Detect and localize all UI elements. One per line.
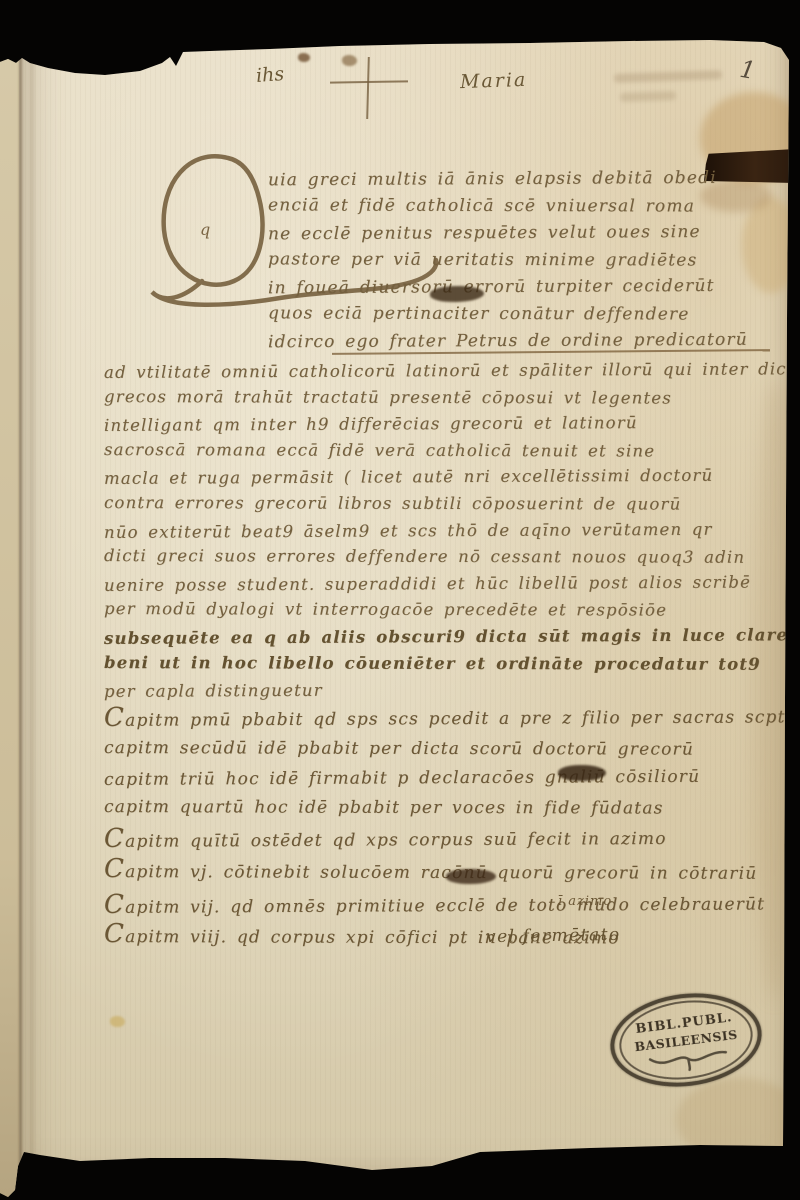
folio-number: 1 [738, 55, 758, 85]
manuscript-line: dicti greci suos errores deffendere nō c… [104, 543, 800, 571]
capitulum-line: capitm triū hoc idē firmabit p declaracō… [104, 762, 800, 795]
manuscript-line: per modū dyalogi vt interrogacōe precedē… [104, 596, 800, 624]
library-stamp: BIBL.PUBL. BASILEENSIS [605, 985, 767, 1095]
capitula-list: Capitm pmū pbabit qd sps scs pcedit a pr… [104, 702, 800, 954]
guide-letter: q [200, 220, 210, 239]
interlinear-correction: ī azimo [558, 894, 612, 909]
manuscript-line: intelligant qm inter h9 differēcias grec… [104, 409, 800, 439]
capitulum-line: Capitm quītū ostēdet qd xps corpus suū f… [104, 821, 800, 857]
body-paragraph: ad vtilitatē omniū catholicorū latinorū … [104, 358, 800, 704]
manuscript-line: uia greci multis iā ānis elapsis debitā … [268, 165, 748, 195]
capitulum-line: Capitm vij. qd omnēs primitiue ecclē de … [104, 887, 800, 923]
capitulum-line: Capitm viij. qd corpus xpi cōfici pt in … [104, 920, 800, 954]
erased-inscription-line1 [614, 70, 722, 83]
manuscript-line: nūo extiterūt beat9 āselm9 et scs thō de… [104, 516, 800, 546]
invocation-maria: Maria [460, 69, 528, 93]
spot-top-edge-1 [298, 53, 310, 62]
gutter-crease [19, 58, 22, 1193]
opening-paragraph: uia greci multis iā ānis elapsis debitā … [268, 166, 748, 355]
manuscript-line: macla et ruga permāsit ( licet autē nri … [104, 462, 800, 492]
manuscript-line: ne ecclē penitus respuētes velut oues si… [268, 219, 748, 249]
manuscript-line: enciā et fidē catholicā scē vniuersal ro… [268, 192, 748, 220]
manuscript-line: grecos morā trahūt tractatū presentē cōp… [104, 384, 800, 412]
manuscript-line: quos eciā pertinaciter conātur deffender… [268, 300, 748, 328]
stain-right-margin [742, 198, 800, 293]
invocation-ihs: ihs [255, 63, 285, 87]
spot-bottom-left [110, 1016, 125, 1027]
manuscript-line: ad vtilitatē omniū catholicorū latinorū … [104, 356, 800, 386]
gutter-fold-strip [0, 58, 19, 1198]
manuscript-line: pastore per viā ueritatis minime gradiēt… [268, 246, 748, 274]
manuscript-page: ihs Maria 1 q uia greci multis iā ānis e… [0, 0, 800, 1200]
stain-bottom-right [676, 1078, 800, 1162]
spot-top-edge-2 [342, 55, 357, 66]
capitulum-line: Capitm pmū pbabit qd sps scs pcedit a pr… [104, 700, 800, 736]
final-line: vel fermētato [486, 925, 621, 947]
cross-mark-vertical [366, 57, 370, 119]
manuscript-line: sacroscā romana eccā fidē verā catholicā… [104, 437, 800, 465]
gutter-crease-light [31, 60, 33, 1190]
capitulum-line: capitm quartū hoc idē pbabit per voces i… [104, 793, 800, 824]
capitulum-line: capitm secūdū idē pbabit per dicta scorū… [104, 734, 800, 765]
erased-inscription-line2 [620, 91, 676, 102]
photograph-background: ihs Maria 1 q uia greci multis iā ānis e… [0, 0, 800, 1200]
manuscript-line: in foueā diuersorū errorū turpiter cecid… [268, 273, 748, 303]
manuscript-line: uenire posse student. superaddidi et hūc… [104, 569, 800, 599]
manuscript-line: subsequēte ea q ab aliis obscuri9 dicta … [104, 622, 800, 652]
manuscript-line: beni ut in hoc libello cōueniēter et ord… [104, 650, 800, 678]
manuscript-line: contra errores grecorū libros subtili cō… [104, 490, 800, 518]
